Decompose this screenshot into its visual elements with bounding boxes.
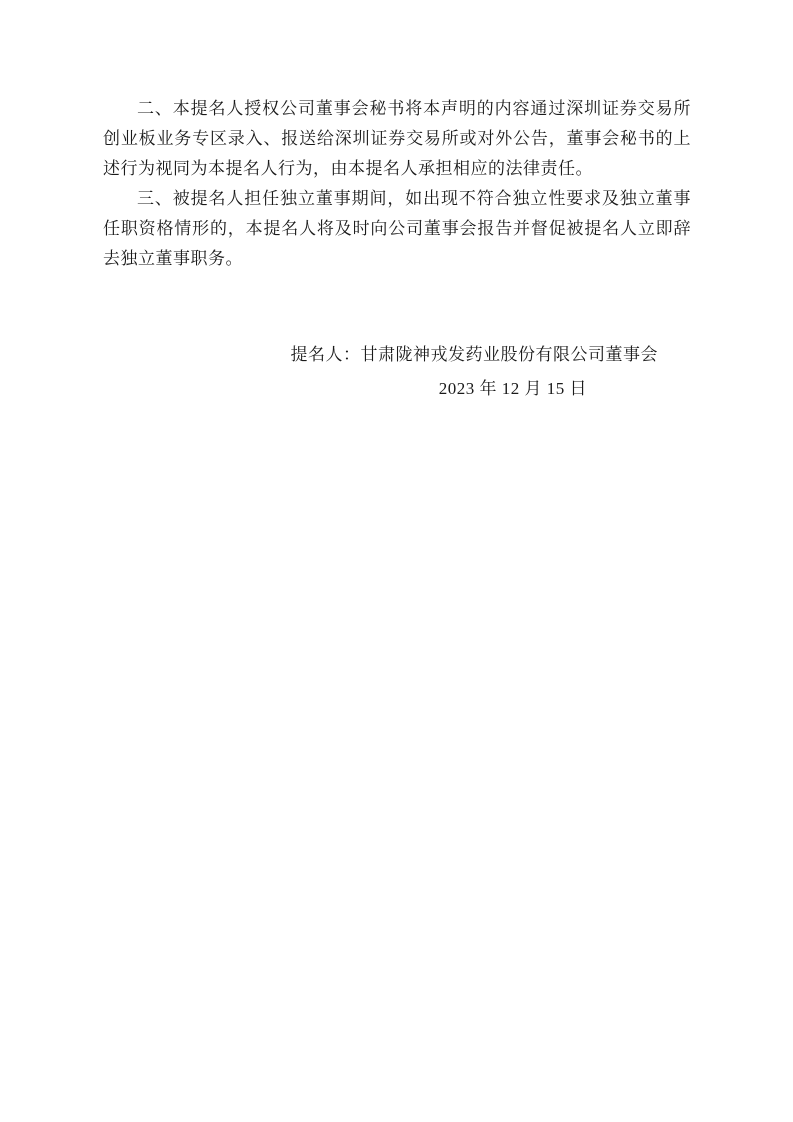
- document-body: 二、本提名人授权公司董事会秘书将本声明的内容通过深圳证券交易所创业板业务专区录入…: [103, 94, 691, 404]
- paragraph-clause-3: 三、被提名人担任独立董事期间，如出现不符合独立性要求及独立董事任职资格情形的，本…: [103, 184, 691, 274]
- signature-date-line: 2023 年 12 月 15 日: [103, 374, 691, 404]
- paragraph-clause-2: 二、本提名人授权公司董事会秘书将本声明的内容通过深圳证券交易所创业板业务专区录入…: [103, 94, 691, 184]
- nominator-signature-line: 提名人：甘肃陇神戎发药业股份有限公司董事会: [103, 340, 691, 370]
- signature-block: 提名人：甘肃陇神戎发药业股份有限公司董事会 2023 年 12 月 15 日: [103, 340, 691, 404]
- document-page: 二、本提名人授权公司董事会秘书将本声明的内容通过深圳证券交易所创业板业务专区录入…: [0, 0, 793, 1122]
